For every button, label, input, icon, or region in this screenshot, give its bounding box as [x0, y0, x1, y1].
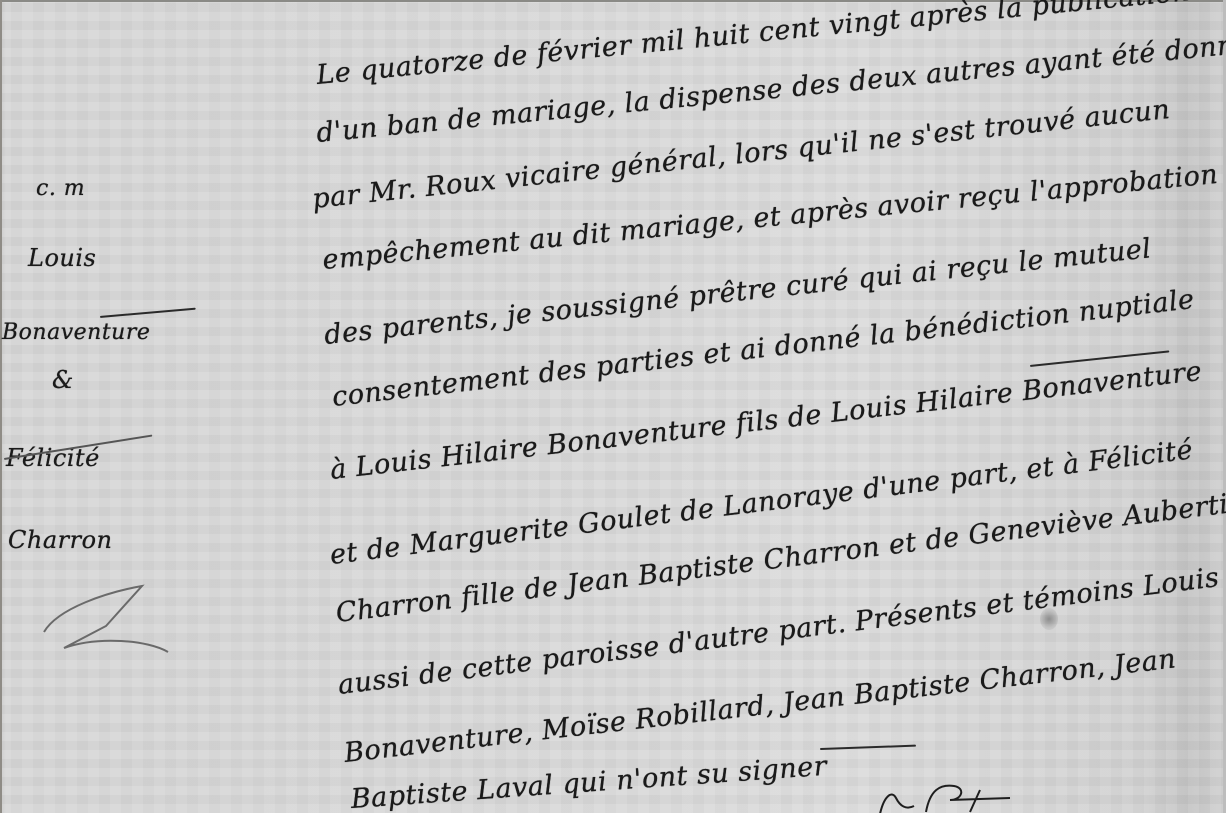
ink-smudge	[1040, 608, 1058, 630]
scan-border-left	[0, 0, 2, 813]
margin-ampersand: &	[52, 366, 74, 394]
z-mark-icon	[38, 578, 178, 658]
priest-signature	[870, 776, 1030, 813]
flourish-line-signer	[820, 745, 916, 750]
register-page: c. m Louis Bonaventure & Félicité Charro…	[0, 0, 1226, 813]
margin-bride-surname: Charron	[8, 526, 112, 554]
margin-bride-first-name: Félicité	[6, 444, 100, 472]
margin-underline	[100, 308, 196, 318]
margin-groom-surname: Bonaventure	[2, 320, 150, 345]
margin-entry-number: c. m	[36, 176, 85, 201]
margin-groom-first-name: Louis	[28, 244, 96, 272]
